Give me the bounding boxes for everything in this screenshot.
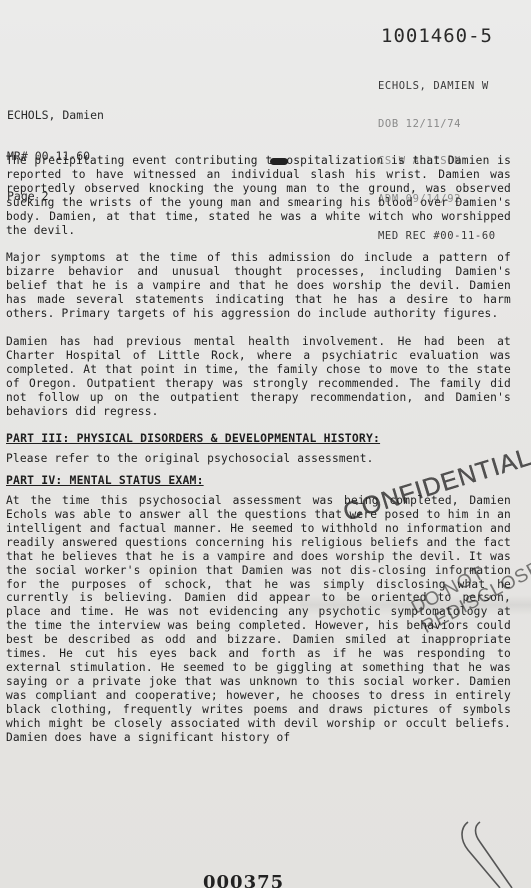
paragraph-major-symptoms: Major symptoms at the time of this admis… (6, 251, 511, 321)
document-page: 1001460-5 ECHOLS, DAMIEN W DOB 12/11/74 … (0, 0, 531, 888)
paragraph-text: The precipitating event contributing t (6, 154, 272, 167)
scan-artifact (300, 595, 531, 615)
section-heading-part4: PART IV: MENTAL STATUS EXAM: (6, 474, 511, 488)
paperclip-icon (460, 820, 531, 888)
stamp-line-dob: DOB 12/11/74 (378, 118, 496, 131)
heading-text: PART IV: MENTAL STATUS EXAM (6, 473, 197, 487)
paragraph-mental-status-exam: At the time this psychosocial assessment… (6, 494, 511, 744)
heading-text: PART III: PHYSICAL DISORDERS & DEVELOPME… (6, 431, 373, 445)
document-number: 1001460-5 (381, 25, 493, 47)
paragraph-precipitating-event: The precipitating event contributing tos… (6, 154, 511, 237)
paragraph-part3: Please refer to the original psychosocia… (6, 452, 511, 466)
paragraph-mental-health-history: Damien has had previous mental health in… (6, 335, 511, 418)
patient-name: ECHOLS, Damien (7, 109, 104, 123)
document-body: The precipitating event contributing tos… (6, 154, 511, 758)
section-heading-part3: PART III: PHYSICAL DISORDERS & DEVELOPME… (6, 432, 511, 446)
stamp-line-name: ECHOLS, DAMIEN W (378, 80, 496, 93)
bates-number: 000375 (203, 872, 284, 888)
